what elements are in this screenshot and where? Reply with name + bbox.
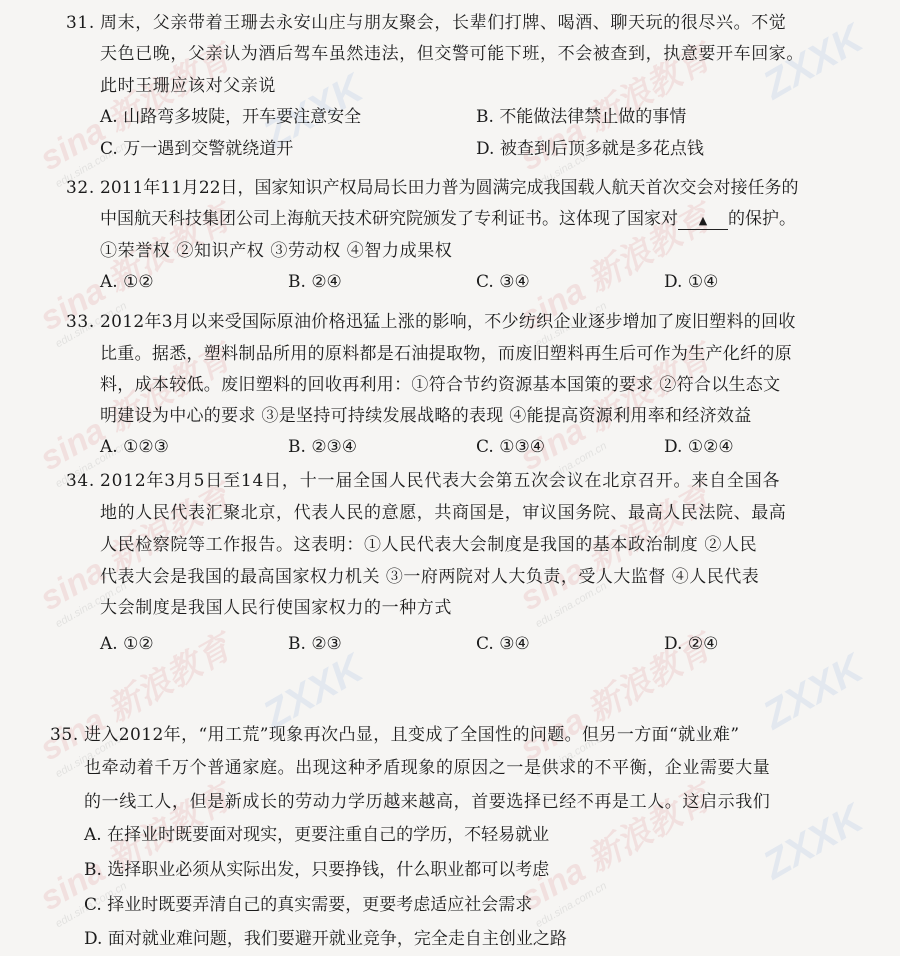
option-text: ①④	[688, 272, 718, 292]
question-text-line: 2012年3月以来受国际原油价格迅猛上涨的影响，不少纺织企业逐步增加了废旧塑料的…	[100, 311, 796, 333]
option-d[interactable]: D. ②④	[664, 633, 718, 655]
question-number: 32.	[66, 177, 95, 199]
option-text: ①②④	[688, 437, 734, 457]
question-number: 34.	[66, 470, 95, 492]
option-label: B.	[84, 860, 102, 880]
option-text: 选择职业必须从实际出发，只要挣钱，什么职业都可以考虑	[107, 860, 549, 880]
option-text: ②③	[311, 634, 341, 654]
option-label: C.	[476, 437, 494, 457]
option-text: 被查到后顶多就是多花点钱	[500, 139, 704, 159]
question-text-line: 2011年11月22日，国家知识产权局局长田力普为圆满完成我国载人航天首次交会对…	[100, 177, 799, 199]
question-number: 33.	[66, 311, 95, 333]
option-label: A.	[100, 634, 118, 654]
line-text: 中国航天科技集团公司上海航天技术研究院颁发了专利证书。这体现了国家对	[100, 209, 678, 229]
option-text: 面对就业难问题，我们要避开就业竞争，完全走自主创业之路	[108, 929, 567, 949]
option-c[interactable]: C. ③④	[476, 633, 530, 655]
option-c[interactable]: C. ①③④	[476, 436, 545, 458]
option-label: D.	[476, 139, 494, 159]
option-label: C.	[84, 895, 102, 915]
option-label: A.	[100, 437, 118, 457]
option-label: D.	[664, 437, 682, 457]
option-a[interactable]: A. ①②③	[100, 436, 169, 458]
option-d[interactable]: D. 面对就业难问题，我们要避开就业竞争，完全走自主创业之路	[84, 928, 567, 950]
option-c[interactable]: C. ③④	[476, 271, 530, 293]
question-text-line: 2012年3月5日至14日，十一届全国人民代表大会第五次会议在北京召开。来自全国…	[100, 470, 780, 492]
answer-blank: ▲	[678, 213, 728, 230]
question-text-line: 进入2012年，“用工荒”现象再次凸显，且变成了全国性的问题。但另一方面“就业难…	[84, 724, 739, 746]
option-b[interactable]: B. ②④	[288, 271, 342, 293]
question-number: 35.	[50, 724, 79, 746]
option-label: D.	[84, 929, 102, 949]
option-d[interactable]: D. ①②④	[664, 436, 734, 458]
option-text: ②④	[688, 634, 718, 654]
option-label: B.	[288, 634, 306, 654]
option-text: 在择业时既要面对现实，更要注重自己的学历，不轻易就业	[107, 825, 549, 845]
option-b[interactable]: B. 选择职业必须从实际出发，只要挣钱，什么职业都可以考虑	[84, 859, 549, 881]
option-label: B.	[288, 272, 306, 292]
option-text: ①②	[123, 272, 153, 292]
option-a[interactable]: A. 山路弯多坡陡，开车要注意安全	[100, 106, 361, 128]
question-text-line: 代表大会是我国的最高国家权力机关 ③一府两院对人大负责，受人大监督 ④人民代表	[100, 566, 759, 588]
option-label: D.	[664, 272, 682, 292]
option-label: C.	[100, 139, 118, 159]
question-text-line: 周末，父亲带着王珊去永安山庄与朋友聚会，长辈们打牌、喝酒、聊天玩的很尽兴。不觉	[100, 12, 786, 34]
option-label: A.	[100, 107, 118, 127]
option-text: ③④	[499, 272, 529, 292]
option-d[interactable]: D. ①④	[664, 271, 718, 293]
question-text-line: 人民检察院等工作报告。这表明：①人民代表大会制度是我国的基本政治制度 ②人民	[100, 534, 757, 556]
exam-page: sina 新浪教育edu.sina.com.cn sina 新浪教育edu.si…	[0, 0, 900, 956]
option-text: ①②③	[123, 437, 169, 457]
option-c[interactable]: C. 万一遇到交警就绕道开	[100, 138, 293, 160]
option-a[interactable]: A. ①②	[100, 271, 154, 293]
question-text-line: 大会制度是我国人民行使国家权力的一种方式	[100, 597, 452, 619]
option-text: 万一遇到交警就绕道开	[123, 139, 293, 159]
question-text-line: 的一线工人，但是新成长的劳动力学历越来越高，首要选择已经不再是工人。这启示我们	[84, 791, 770, 813]
option-a[interactable]: A. ①②	[100, 633, 154, 655]
zxxk-watermark: ZXXK	[756, 796, 871, 888]
question-number: 31.	[66, 12, 95, 34]
question-text-line: 地的人民代表汇聚北京，代表人民的意愿，共商国是，审议国务院、最高人民法院、最高	[100, 502, 786, 524]
option-d[interactable]: D. 被查到后顶多就是多花点钱	[476, 138, 704, 160]
zxxk-watermark: ZXXK	[756, 646, 871, 738]
question-text-line: 也牵动着千万个普通家庭。出现这种矛盾现象的原因之一是供求的不平衡，企业需要大量	[84, 757, 770, 779]
option-text: 不能做法律禁止做的事情	[499, 107, 686, 127]
question-text-line: 比重。据悉，塑料制品所用的原料都是石油提取物，而废旧塑料再生后可作为生产化纤的原	[100, 343, 792, 365]
option-text: ③④	[499, 634, 529, 654]
option-label: C.	[476, 634, 494, 654]
option-label: A.	[84, 825, 102, 845]
question-text-line: ①荣誉权 ②知识产权 ③劳动权 ④智力成果权	[100, 240, 452, 262]
option-text: ①②	[123, 634, 153, 654]
option-c[interactable]: C. 择业时既要弄清自己的真实需要，更要考虑适应社会需求	[84, 894, 532, 916]
question-text-line: 中国航天科技集团公司上海航天技术研究院颁发了专利证书。这体现了国家对▲的保护。	[100, 208, 796, 230]
option-text: 择业时既要弄清自己的真实需要，更要考虑适应社会需求	[107, 895, 532, 915]
option-label: B.	[288, 437, 306, 457]
option-label: B.	[476, 107, 494, 127]
option-b[interactable]: B. ②③④	[288, 436, 357, 458]
option-a[interactable]: A. 在择业时既要面对现实，更要注重自己的学历，不轻易就业	[84, 824, 549, 846]
question-text-line: 料，成本较低。废旧塑料的回收再利用：①符合节约资源基本国策的要求 ②符合以生态文	[100, 374, 780, 396]
question-text-line: 此时王珊应该对父亲说	[100, 75, 276, 97]
question-text-line: 天色已晚，父亲认为酒后驾车虽然违法，但交警可能下班，不会被查到，执意要开车回家。	[100, 43, 804, 65]
option-b[interactable]: B. ②③	[288, 633, 342, 655]
option-label: A.	[100, 272, 118, 292]
option-text: ②④	[311, 272, 341, 292]
option-label: C.	[476, 272, 494, 292]
option-text: 山路弯多坡陡，开车要注意安全	[123, 107, 361, 127]
option-label: D.	[664, 634, 682, 654]
option-text: ②③④	[311, 437, 357, 457]
line-suffix: 的保护。	[728, 209, 796, 229]
option-text: ①③④	[499, 437, 545, 457]
question-text-line: 明建设为中心的要求 ③是坚持可持续发展战略的表现 ④能提高资源利用率和经济效益	[100, 405, 752, 427]
option-b[interactable]: B. 不能做法律禁止做的事情	[476, 106, 686, 128]
